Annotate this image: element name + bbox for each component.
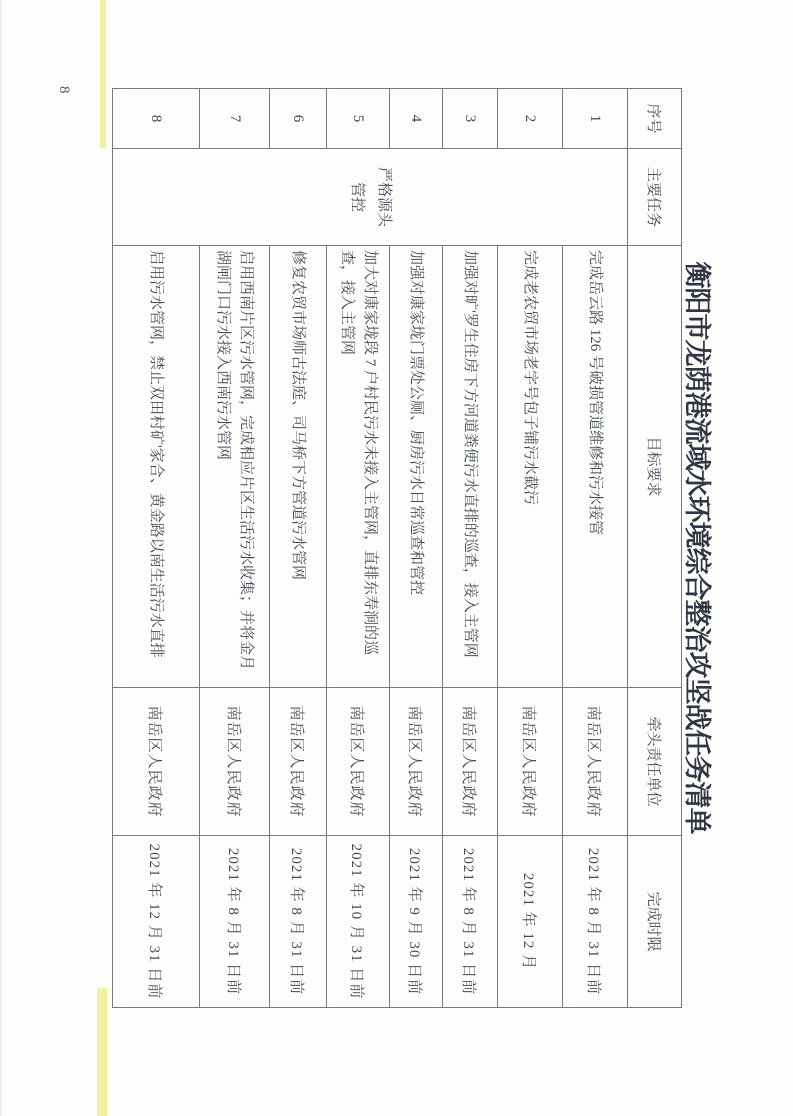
cell-task: 修复农贸市场师古法庭、司马桥下方管道污水管网 <box>270 246 327 688</box>
header-zhuyao-renwu: 主要任务 <box>628 149 682 246</box>
cell-unit: 南岳区人民政府 <box>327 688 390 836</box>
cell-unit: 南岳区人民政府 <box>113 688 200 836</box>
task-table: 序号 主要任务 目标要求 牵头责任单位 完成时限 1 严格源头管控 完成岳云路 … <box>112 88 682 1008</box>
cell-unit: 南岳区人民政府 <box>200 688 270 836</box>
cell-deadline: 2021 年 10 月 31 日前 <box>327 836 390 1008</box>
cell-deadline: 2021 年 8 月 31 日前 <box>270 836 327 1008</box>
page-number: 8 <box>55 86 72 94</box>
cell-no: 3 <box>443 89 498 149</box>
cell-no: 7 <box>200 89 270 149</box>
cell-task: 加大对康家垅段 7 户村民污水未接入主管网，直排东寿涧的巡查，接入主管网 <box>327 246 390 688</box>
cell-no: 1 <box>563 89 628 149</box>
cell-task: 完成岳云路 126 号破损管道维修和污水接管 <box>563 246 628 688</box>
header-row: 序号 主要任务 目标要求 牵头责任单位 完成时限 <box>628 89 682 1008</box>
cell-no: 2 <box>498 89 563 149</box>
header-xuhao: 序号 <box>628 89 682 149</box>
header-mubiao-yaoqiu: 目标要求 <box>628 246 682 688</box>
document-title: 衡阳市龙荫港流域水环境综合整治攻坚战任务清单 <box>680 88 719 1007</box>
header-wancheng-shixian: 完成时限 <box>628 836 682 1008</box>
header-qiantou-danwei: 牵头责任单位 <box>628 688 682 836</box>
cell-no: 5 <box>327 89 390 149</box>
cell-task: 完成老农贸市场老字号包子铺污水截污 <box>498 246 563 688</box>
scanned-document-page: 衡阳市龙荫港流域水环境综合整治攻坚战任务清单 8 序号 主要任务 目标要求 牵头… <box>0 0 793 1116</box>
main-task-merged-cell: 严格源头管控 <box>113 149 628 246</box>
cell-unit: 南岳区人民政府 <box>563 688 628 836</box>
cell-task: 启用西南片区污水管网，完成相应片区生活污水收集；并将金月湖闸门口污水接入西南污水… <box>200 246 270 688</box>
cell-no: 8 <box>113 89 200 149</box>
cell-task: 加强对旷'罗生住房下方河道粪便污水直排的巡查，接入主管网 <box>443 246 498 688</box>
cell-deadline: 2021 年 8 月 31 日前 <box>200 836 270 1008</box>
cell-task: 启用污水管网，禁止双田村矿'家合、黄金路以南生活污水直排 <box>113 246 200 688</box>
cell-unit: 南岳区人民政府 <box>390 688 443 836</box>
cell-no: 4 <box>390 89 443 149</box>
rotated-landscape-sheet: 衡阳市龙荫港流域水环境综合整治攻坚战任务清单 8 序号 主要任务 目标要求 牵头… <box>0 0 793 1116</box>
table-row: 1 严格源头管控 完成岳云路 126 号破损管道维修和污水接管 南岳区人民政府 … <box>563 89 628 1008</box>
cell-unit: 南岳区人民政府 <box>498 688 563 836</box>
cell-deadline: 2021 年 12 月 31 日前 <box>113 836 200 1008</box>
cell-no: 6 <box>270 89 327 149</box>
cell-task: 加强对康家垅门票处公厕、厨房污水日常巡查和管控 <box>390 246 443 688</box>
cell-deadline: 2021 年 8 月 31 日前 <box>563 836 628 1008</box>
cell-deadline: 2021 年 9 月 30 日前 <box>390 836 443 1008</box>
cell-deadline: 2021 年 12 月 <box>498 836 563 1008</box>
cell-unit: 南岳区人民政府 <box>270 688 327 836</box>
main-task-text: 严格源头管控 <box>343 165 397 229</box>
cell-unit: 南岳区人民政府 <box>443 688 498 836</box>
cell-deadline: 2021 年 8 月 31 日前 <box>443 836 498 1008</box>
